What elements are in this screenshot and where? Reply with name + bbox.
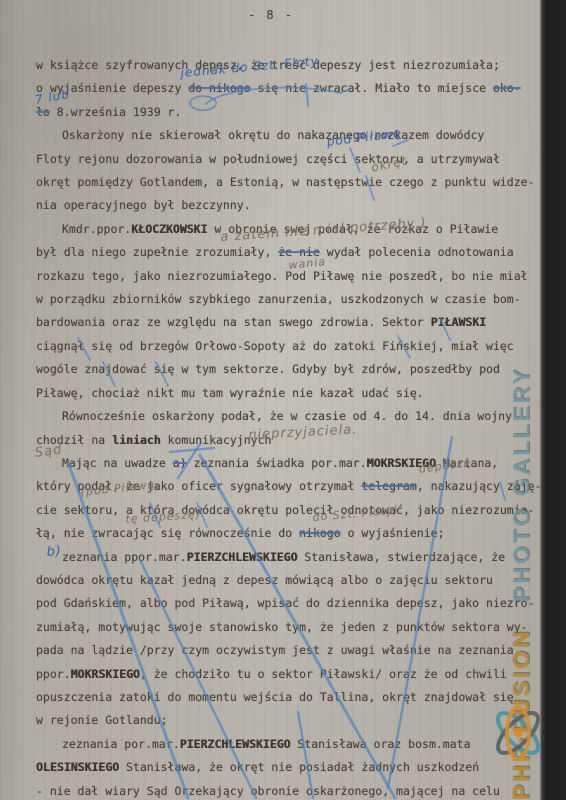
typed-text-segment: MOKRSKIEGO [71, 667, 140, 681]
typed-line: opuszczenia zatoki do momentu wejścia do… [36, 690, 536, 713]
typed-text-segment: dowódca okrętu kazał jedną z depesz mówi… [36, 573, 493, 587]
typed-text-segment: Piławę, chociaż nikt mu tam wyraźnie nie… [36, 386, 424, 400]
struck-text: nikogo [299, 526, 341, 540]
atom-logo [487, 702, 549, 764]
typed-text-segment: łą, nie zwracając się równocześnie do [36, 526, 299, 540]
struck-text: a) [173, 456, 187, 470]
typed-line: OLESINSKIEGO Stanisława, że okręt nie po… [36, 760, 536, 783]
typed-text-segment: Równocześnie oskarżony podał, że w czasi… [62, 409, 512, 423]
typed-text-segment: Stanisława, stwierdzające, że [297, 550, 505, 564]
typed-text-segment: w porządku zbiorników szybkiego zanurzen… [36, 292, 521, 306]
typed-line: Piławę, chociaż nikt mu tam wyraźnie nie… [36, 386, 536, 409]
atom-nucleus [514, 729, 523, 738]
typed-text-segment: bardowania oraz ze względu na stan swego… [36, 315, 431, 329]
typed-text-segment: Stanisława, że okręt nie posiadał żadnyc… [119, 760, 479, 774]
typed-text-segment: opuszczenia zatoki do momentu wejścia do… [36, 690, 514, 704]
typed-line: zeznania por.mar.PIERZCHLEWSKIEGO Stanis… [36, 737, 536, 760]
typed-text-segment: zeznania ppor.mar. [62, 550, 187, 564]
typed-line: ppor.MOKRSKIEGO, że chodziło tu o sektor… [36, 667, 536, 690]
handwritten-annotation: b) [46, 544, 63, 560]
typed-text-segment: był dla niego zupełnie zrozumiały, [36, 245, 278, 259]
typed-text-segment: PIERZCHLEWSKIEGO [187, 550, 298, 564]
typed-line: w rejonie Gotlandu; [36, 713, 536, 736]
typed-text-segment: zeznania świadka por.mar. [187, 456, 367, 470]
typed-text-segment: cie sektoru, a którą dowódca okrętu pole… [36, 503, 535, 517]
page-number: - 8 - [36, 8, 506, 22]
typed-text-segment: PIERZCHLEWSKIEGO [180, 737, 291, 751]
typed-line: ło 8.września 1939 r. [36, 105, 536, 128]
typed-text-segment: Floty rejonu dozorowania w południowej c… [36, 152, 500, 166]
typed-text-segment: Stanisława oraz bosm.mata [290, 737, 470, 751]
typed-line: bardowania oraz ze względu na stan swego… [36, 315, 536, 338]
typed-line: pod Gdańskiem, albo pod Piławą, wpisać d… [36, 596, 536, 619]
typed-text-segment: Kmdr.ppor. [62, 222, 131, 236]
typed-text-segment: OLESINSKIEGO [36, 760, 119, 774]
typed-line: - nie dał wiary Sąd Orzekający obronie o… [36, 784, 536, 800]
typed-line: cie sektoru, a którą dowódca okrętu pole… [36, 503, 536, 526]
typed-line: nia operacyjnego był bezczynny. [36, 198, 536, 221]
typed-line: Floty rejonu dozorowania w południowej c… [36, 152, 536, 175]
typed-text-segment: się nie zwracał. Miało to miejsce [251, 81, 493, 95]
typed-text-segment: zeznania por.mar. [62, 737, 180, 751]
typed-text-segment: KŁOCZKOWSKI [131, 222, 207, 236]
typed-text-segment: wogóle znajdować się w tym sektorze. Gdy… [36, 362, 500, 376]
typed-text-segment: PIŁAWSKI [431, 315, 486, 329]
typed-text-segment: wydał polecenia odnotowania [320, 245, 514, 259]
scanned-page: - 8 - w książce szyfrowanych depesz, że … [0, 0, 566, 800]
typed-line: pada na lądzie /przy czym oczywistym jes… [36, 643, 536, 666]
watermark-gallery: PHOTO GALLERY [508, 366, 534, 602]
typed-text-segment: w rejonie Gotlandu; [36, 713, 168, 727]
struck-text: telegram [361, 479, 416, 493]
typed-text-segment: nia operacyjnego był bezczynny. [36, 198, 251, 212]
typed-text-segment: liniach [112, 433, 160, 447]
typed-text-segment: , że chodziło tu o sektor Piławski/ oraz… [140, 667, 507, 681]
struck-text: do nikogo [188, 81, 250, 95]
typed-text-segment: Oskarżony nie skierował okrętu do nakaza… [62, 128, 484, 142]
typed-line: wogóle znajdować się w tym sektorze. Gdy… [36, 362, 536, 385]
typed-text-segment: 8.września 1939 r. [50, 105, 182, 119]
typed-text-segment: pada na lądzie /przy czym oczywistym jes… [36, 643, 514, 657]
typed-line: ciągnął się od brzegów Orłowo-Sopoty aż … [36, 339, 536, 362]
typed-line: okręt pomiędzy Gotlandem, a Estonią, w n… [36, 175, 536, 198]
typed-text-segment: o wyjaśnienie; [341, 526, 445, 540]
typed-text-segment: ciągnął się od brzegów Orłowo-Sopoty aż … [36, 339, 514, 353]
struck-text: oko- [493, 81, 521, 95]
typed-text-segment: pod Gdańskiem, albo pod Piławą, wpisać d… [36, 596, 535, 610]
typed-line: Oskarżony nie skierował okrętu do nakaza… [36, 128, 536, 151]
typed-line: rozkazu tego, jako niezrozumiałego. Pod … [36, 269, 536, 292]
typed-text-segment: Mając na uwadze [62, 456, 173, 470]
typed-text-segment: ppor. [36, 667, 71, 681]
typed-text-segment: - nie dał wiary Sąd Orzekający obronie o… [36, 784, 500, 798]
typed-line: w porządku zbiorników szybkiego zanurzen… [36, 292, 536, 315]
struck-text: ło [36, 105, 50, 119]
typed-line: zeznania ppor.mar.PIERZCHLEWSKIEGO Stani… [36, 550, 536, 573]
typed-text-segment: zumiałą, motywując swoje stanowisko tym,… [36, 620, 528, 634]
typed-line: o wyjaśnienie depeszy do nikogo się nie … [36, 81, 536, 104]
typed-text-segment: rozkazu tego, jako niezrozumiałego. Pod … [36, 269, 528, 283]
typed-line: łą, nie zwracając się równocześnie do ni… [36, 526, 536, 549]
typed-line: był dla niego zupełnie zrozumiały, że ni… [36, 245, 536, 268]
typed-line: dowódca okrętu kazał jedną z depesz mówi… [36, 573, 536, 596]
typed-text-segment: okręt pomiędzy Gotlandem, a Estonią, w n… [36, 175, 535, 189]
typed-line: zumiałą, motywując swoje stanowisko tym,… [36, 620, 536, 643]
